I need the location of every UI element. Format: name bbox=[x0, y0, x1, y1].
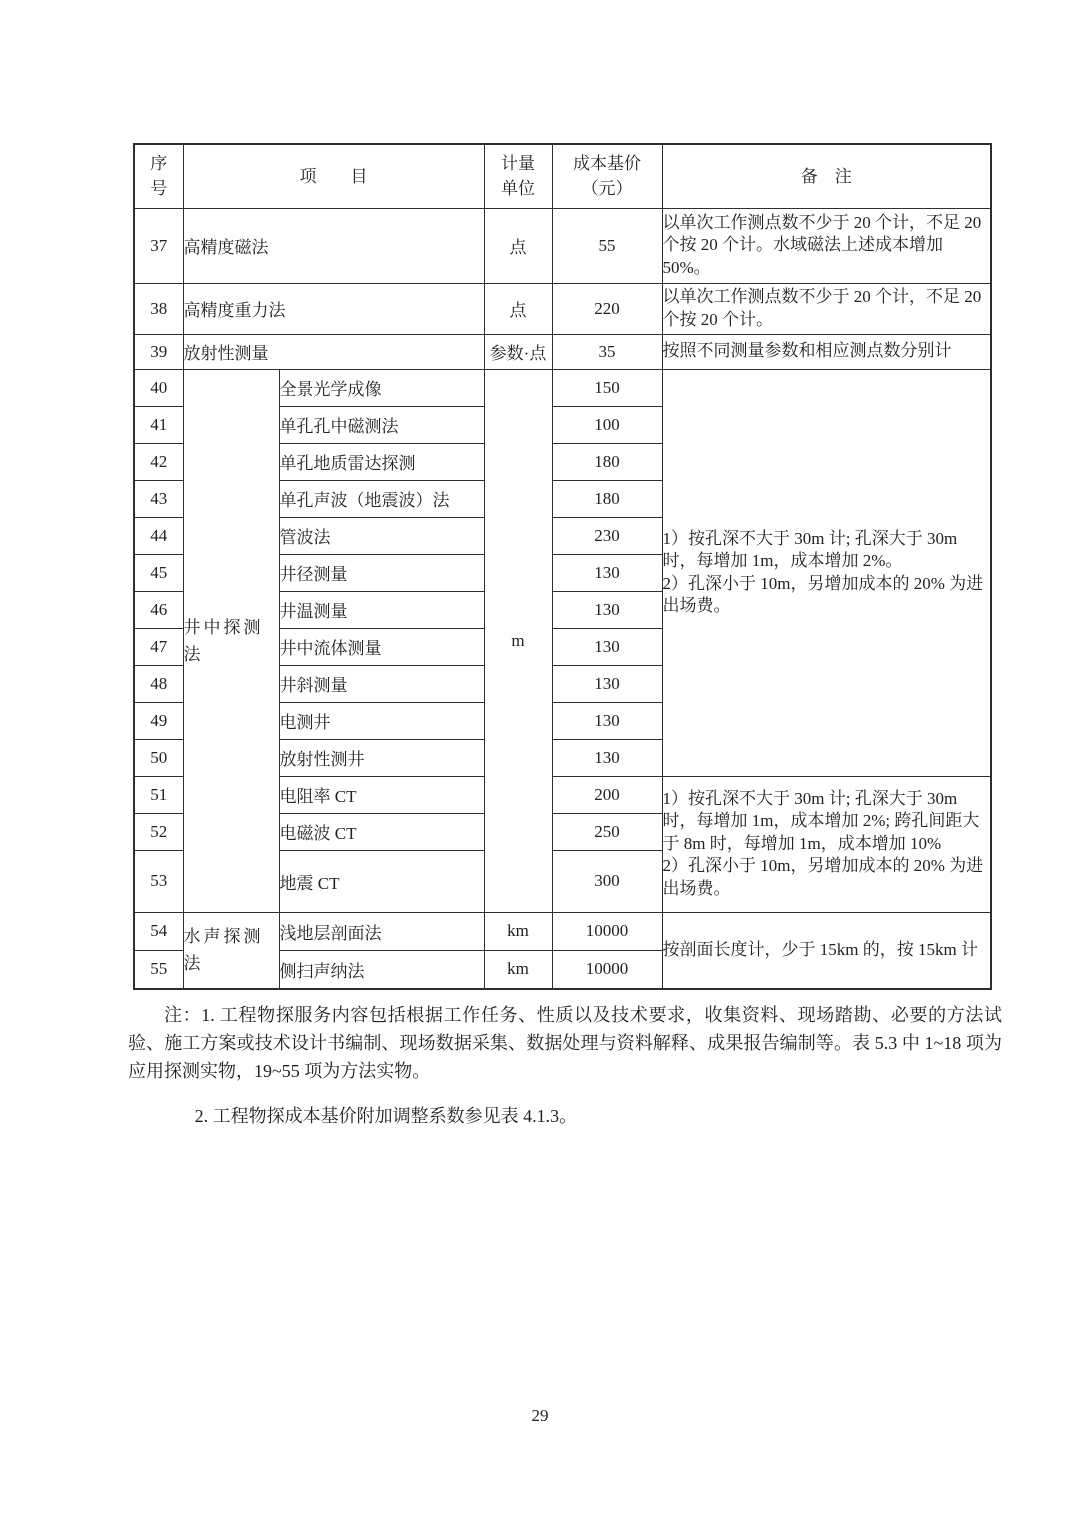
item-cell: 单孔声波（地震波）法 bbox=[279, 480, 484, 517]
unit-cell: 点 bbox=[484, 208, 552, 283]
seq-cell: 47 bbox=[134, 628, 183, 665]
seq-cell: 54 bbox=[134, 912, 183, 950]
table-row: 38高精度重力法点220以单次工作测点数不少于 20 个计，不足 20 个按 2… bbox=[134, 283, 991, 334]
seq-cell: 43 bbox=[134, 480, 183, 517]
seq-cell: 42 bbox=[134, 443, 183, 480]
item-cell: 放射性测井 bbox=[279, 739, 484, 776]
price-cell: 130 bbox=[552, 554, 662, 591]
seq-cell: 40 bbox=[134, 369, 183, 406]
seq-cell: 37 bbox=[134, 208, 183, 283]
column-header: 备 注 bbox=[662, 144, 991, 208]
price-cell: 130 bbox=[552, 628, 662, 665]
price-cell: 100 bbox=[552, 406, 662, 443]
item-cell: 井斜测量 bbox=[279, 665, 484, 702]
price-cell: 300 bbox=[552, 850, 662, 912]
note-cell: 1）按孔深不大于 30m 计; 孔深大于 30m 时，每增加 1m，成本增加 2… bbox=[662, 776, 991, 912]
seq-cell: 52 bbox=[134, 813, 183, 850]
note-cell: 按剖面长度计，少于 15km 的，按 15km 计 bbox=[662, 912, 991, 989]
seq-cell: 48 bbox=[134, 665, 183, 702]
unit-cell: km bbox=[484, 912, 552, 950]
price-cell: 130 bbox=[552, 591, 662, 628]
item-cell: 管波法 bbox=[279, 517, 484, 554]
item-cell: 全景光学成像 bbox=[279, 369, 484, 406]
table-row: 37高精度磁法点55以单次工作测点数不少于 20 个计，不足 20 个按 20 … bbox=[134, 208, 991, 283]
seq-cell: 55 bbox=[134, 950, 183, 989]
item-cell: 侧扫声纳法 bbox=[279, 950, 484, 989]
item-cell: 井径测量 bbox=[279, 554, 484, 591]
table-row: 54水声探测法浅地层剖面法km10000按剖面长度计，少于 15km 的，按 1… bbox=[134, 912, 991, 950]
seq-cell: 38 bbox=[134, 283, 183, 334]
item-cell: 地震 CT bbox=[279, 850, 484, 912]
item-cell: 高精度重力法 bbox=[183, 283, 484, 334]
seq-cell: 53 bbox=[134, 850, 183, 912]
item-cell: 浅地层剖面法 bbox=[279, 912, 484, 950]
price-cell: 180 bbox=[552, 480, 662, 517]
seq-cell: 39 bbox=[134, 334, 183, 369]
table-row: 40井中探测法全景光学成像m1501）按孔深不大于 30m 计; 孔深大于 30… bbox=[134, 369, 991, 406]
item-cell: 井温测量 bbox=[279, 591, 484, 628]
price-cell: 130 bbox=[552, 665, 662, 702]
unit-cell: 参数·点 bbox=[484, 334, 552, 369]
unit-cell: m bbox=[484, 369, 552, 912]
unit-cell: km bbox=[484, 950, 552, 989]
seq-cell: 51 bbox=[134, 776, 183, 813]
seq-cell: 49 bbox=[134, 702, 183, 739]
cost-table-container: 序 号项 目计量 单位成本基价 （元）备 注37高精度磁法点55以单次工作测点数… bbox=[133, 143, 992, 990]
price-cell: 180 bbox=[552, 443, 662, 480]
unit-cell: 点 bbox=[484, 283, 552, 334]
column-header: 计量 单位 bbox=[484, 144, 552, 208]
price-cell: 55 bbox=[552, 208, 662, 283]
column-header: 序 号 bbox=[134, 144, 183, 208]
note-cell: 1）按孔深不大于 30m 计; 孔深大于 30m 时，每增加 1m，成本增加 2… bbox=[662, 369, 991, 776]
group-cell: 井中探测法 bbox=[183, 369, 279, 912]
table-row: 39放射性测量参数·点35按照不同测量参数和相应测点数分别计 bbox=[134, 334, 991, 369]
price-cell: 220 bbox=[552, 283, 662, 334]
price-cell: 130 bbox=[552, 739, 662, 776]
note-cell: 按照不同测量参数和相应测点数分别计 bbox=[662, 334, 991, 369]
seq-cell: 44 bbox=[134, 517, 183, 554]
seq-cell: 45 bbox=[134, 554, 183, 591]
note-cell: 以单次工作测点数不少于 20 个计，不足 20 个按 20 个计。水域磁法上述成… bbox=[662, 208, 991, 283]
seq-cell: 46 bbox=[134, 591, 183, 628]
price-cell: 35 bbox=[552, 334, 662, 369]
item-cell: 电阻率 CT bbox=[279, 776, 484, 813]
item-cell: 电测井 bbox=[279, 702, 484, 739]
price-cell: 150 bbox=[552, 369, 662, 406]
page-number: 29 bbox=[0, 1406, 1080, 1426]
column-header: 项 目 bbox=[183, 144, 484, 208]
price-cell: 200 bbox=[552, 776, 662, 813]
footnotes: 注：1. 工程物探服务内容包括根据工作任务、性质以及技术要求，收集资料、现场踏勘… bbox=[128, 1001, 1002, 1130]
price-cell: 130 bbox=[552, 702, 662, 739]
item-cell: 电磁波 CT bbox=[279, 813, 484, 850]
cost-table: 序 号项 目计量 单位成本基价 （元）备 注37高精度磁法点55以单次工作测点数… bbox=[133, 143, 992, 990]
column-header: 成本基价 （元） bbox=[552, 144, 662, 208]
price-cell: 10000 bbox=[552, 912, 662, 950]
item-cell: 井中流体测量 bbox=[279, 628, 484, 665]
note-cell: 以单次工作测点数不少于 20 个计，不足 20 个按 20 个计。 bbox=[662, 283, 991, 334]
footnote-2: 2. 工程物探成本基价附加调整系数参见表 4.1.3。 bbox=[128, 1102, 1002, 1130]
item-cell: 高精度磁法 bbox=[183, 208, 484, 283]
price-cell: 250 bbox=[552, 813, 662, 850]
price-cell: 230 bbox=[552, 517, 662, 554]
price-cell: 10000 bbox=[552, 950, 662, 989]
footnote-1: 注：1. 工程物探服务内容包括根据工作任务、性质以及技术要求，收集资料、现场踏勘… bbox=[128, 1001, 1002, 1085]
item-cell: 单孔孔中磁测法 bbox=[279, 406, 484, 443]
item-cell: 单孔地质雷达探测 bbox=[279, 443, 484, 480]
group-cell: 水声探测法 bbox=[183, 912, 279, 989]
seq-cell: 50 bbox=[134, 739, 183, 776]
seq-cell: 41 bbox=[134, 406, 183, 443]
header-row: 序 号项 目计量 单位成本基价 （元）备 注 bbox=[134, 144, 991, 208]
item-cell: 放射性测量 bbox=[183, 334, 484, 369]
